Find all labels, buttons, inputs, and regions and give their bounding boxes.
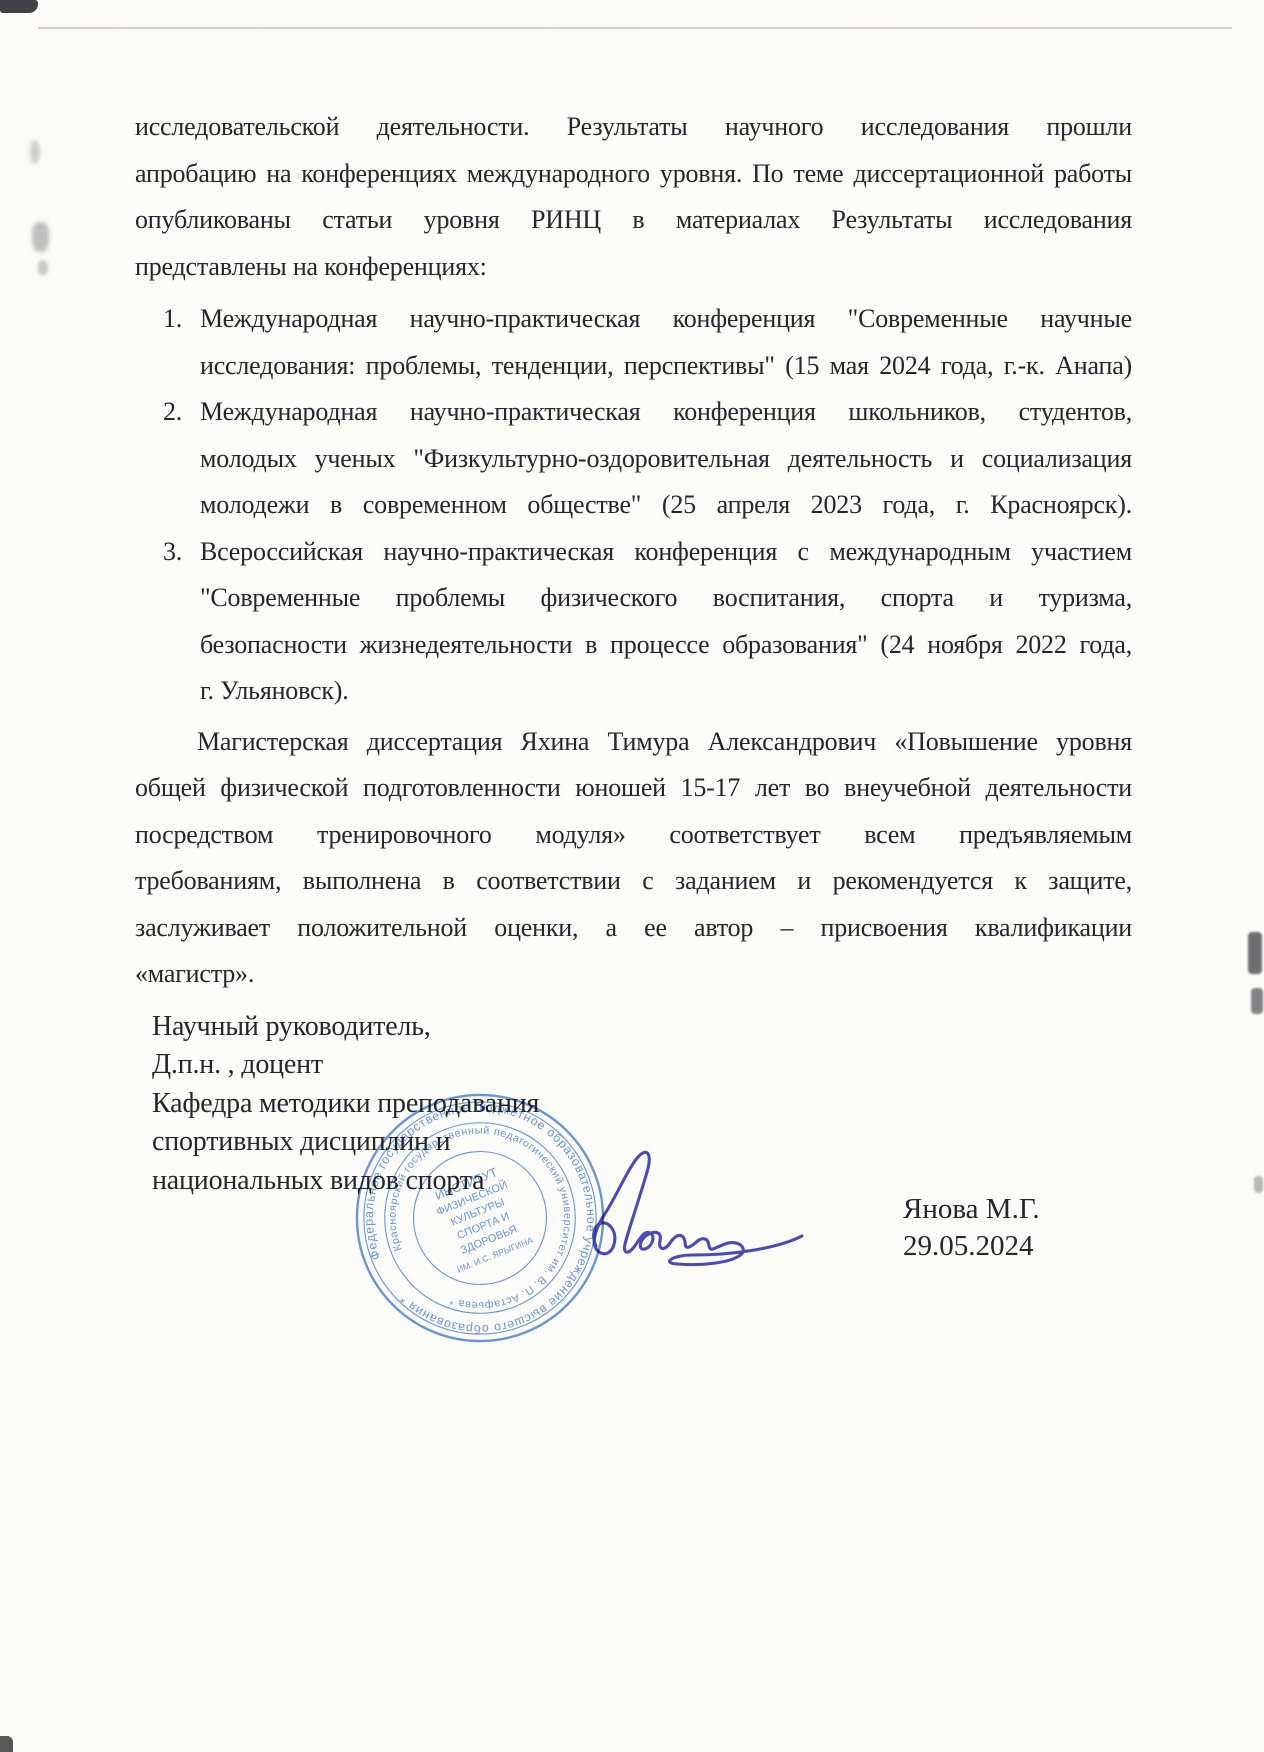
text-line: Международная научно-практическая конфер… [200,389,1132,436]
text-line: г. Ульяновск). [200,668,1132,715]
text-line: Всероссийская научно-практическая конфер… [200,529,1132,576]
text-line: требованиям, выполнена в соответствии с … [135,858,1132,905]
document-body: исследовательской деятельности. Результа… [135,104,1132,998]
scan-artifact-top-line [38,27,1232,29]
list-marker: 2. [163,389,182,436]
conference-item-1: 1. Международная научно-практическая кон… [135,296,1132,389]
text-line: "Современные проблемы физического воспит… [200,575,1132,622]
text-line: безопасности жизнедеятельности в процесс… [200,622,1132,669]
scan-artifact-left-smudge [30,140,40,164]
text-line: Международная научно-практическая конфер… [200,296,1132,343]
scan-artifact-right-edge [1254,1176,1263,1193]
text-line: общей физической подготовленности юношей… [135,765,1132,812]
text-line: посредством тренировочного модуля» соотв… [135,812,1132,859]
scan-artifact-bottom-left [0,1736,13,1752]
scan-artifact-right-edge [1251,988,1263,1014]
paragraph-thesis-conclusion: Магистерская диссертация Яхина Тимура Ал… [135,719,1132,998]
text-line: «магистр». [135,951,1132,998]
scan-artifact-top-left [0,0,38,13]
scan-artifact-right-edge [1248,932,1262,974]
text-line: представлены на конференциях: [135,244,1132,291]
paragraph-research-results: исследовательской деятельности. Результа… [135,104,1132,290]
text-line: апробацию на конференциях международного… [135,151,1132,198]
conference-item-2: 2. Международная научно-практическая кон… [135,389,1132,529]
university-stamp: Федеральное государственное бюджетное об… [351,1089,609,1347]
list-marker: 1. [163,296,182,343]
text-line: Магистерская диссертация Яхина Тимура Ал… [135,719,1132,766]
supervisor-role-line: Д.п.н. , доцент [152,1046,582,1084]
conference-list: 1. Международная научно-практическая кон… [135,296,1132,715]
signature-date: 29.05.2024 [903,1229,1034,1263]
scan-artifact-left-smudge [32,222,49,252]
text-line: исследования: проблемы, тенденции, персп… [200,343,1132,390]
handwritten-signature [580,1148,836,1284]
stamp-center-text: ИНСТИТУТ ФИЗИЧЕСКОЙ КУЛЬТУРЫ СПОРТА И ЗД… [426,1162,535,1274]
list-marker: 3. [163,529,182,576]
signer-name: Янова М.Г. [903,1192,1040,1226]
text-line: молодых ученых "Физкультурно-оздоровител… [200,436,1132,483]
text-line: молодежи в современном обществе" (25 апр… [200,482,1132,529]
text-line: опубликованы статьи уровня РИНЦ в матери… [135,197,1132,244]
scanned-document-page: исследовательской деятельности. Результа… [0,0,1264,1752]
scan-artifact-left-smudge [38,260,48,275]
conference-item-3: 3. Всероссийская научно-практическая кон… [135,529,1132,715]
text-line: исследовательской деятельности. Результа… [135,104,1132,151]
text-line: заслуживает положительной оценки, а ее а… [135,905,1132,952]
supervisor-role-line: Научный руководитель, [152,1008,582,1046]
